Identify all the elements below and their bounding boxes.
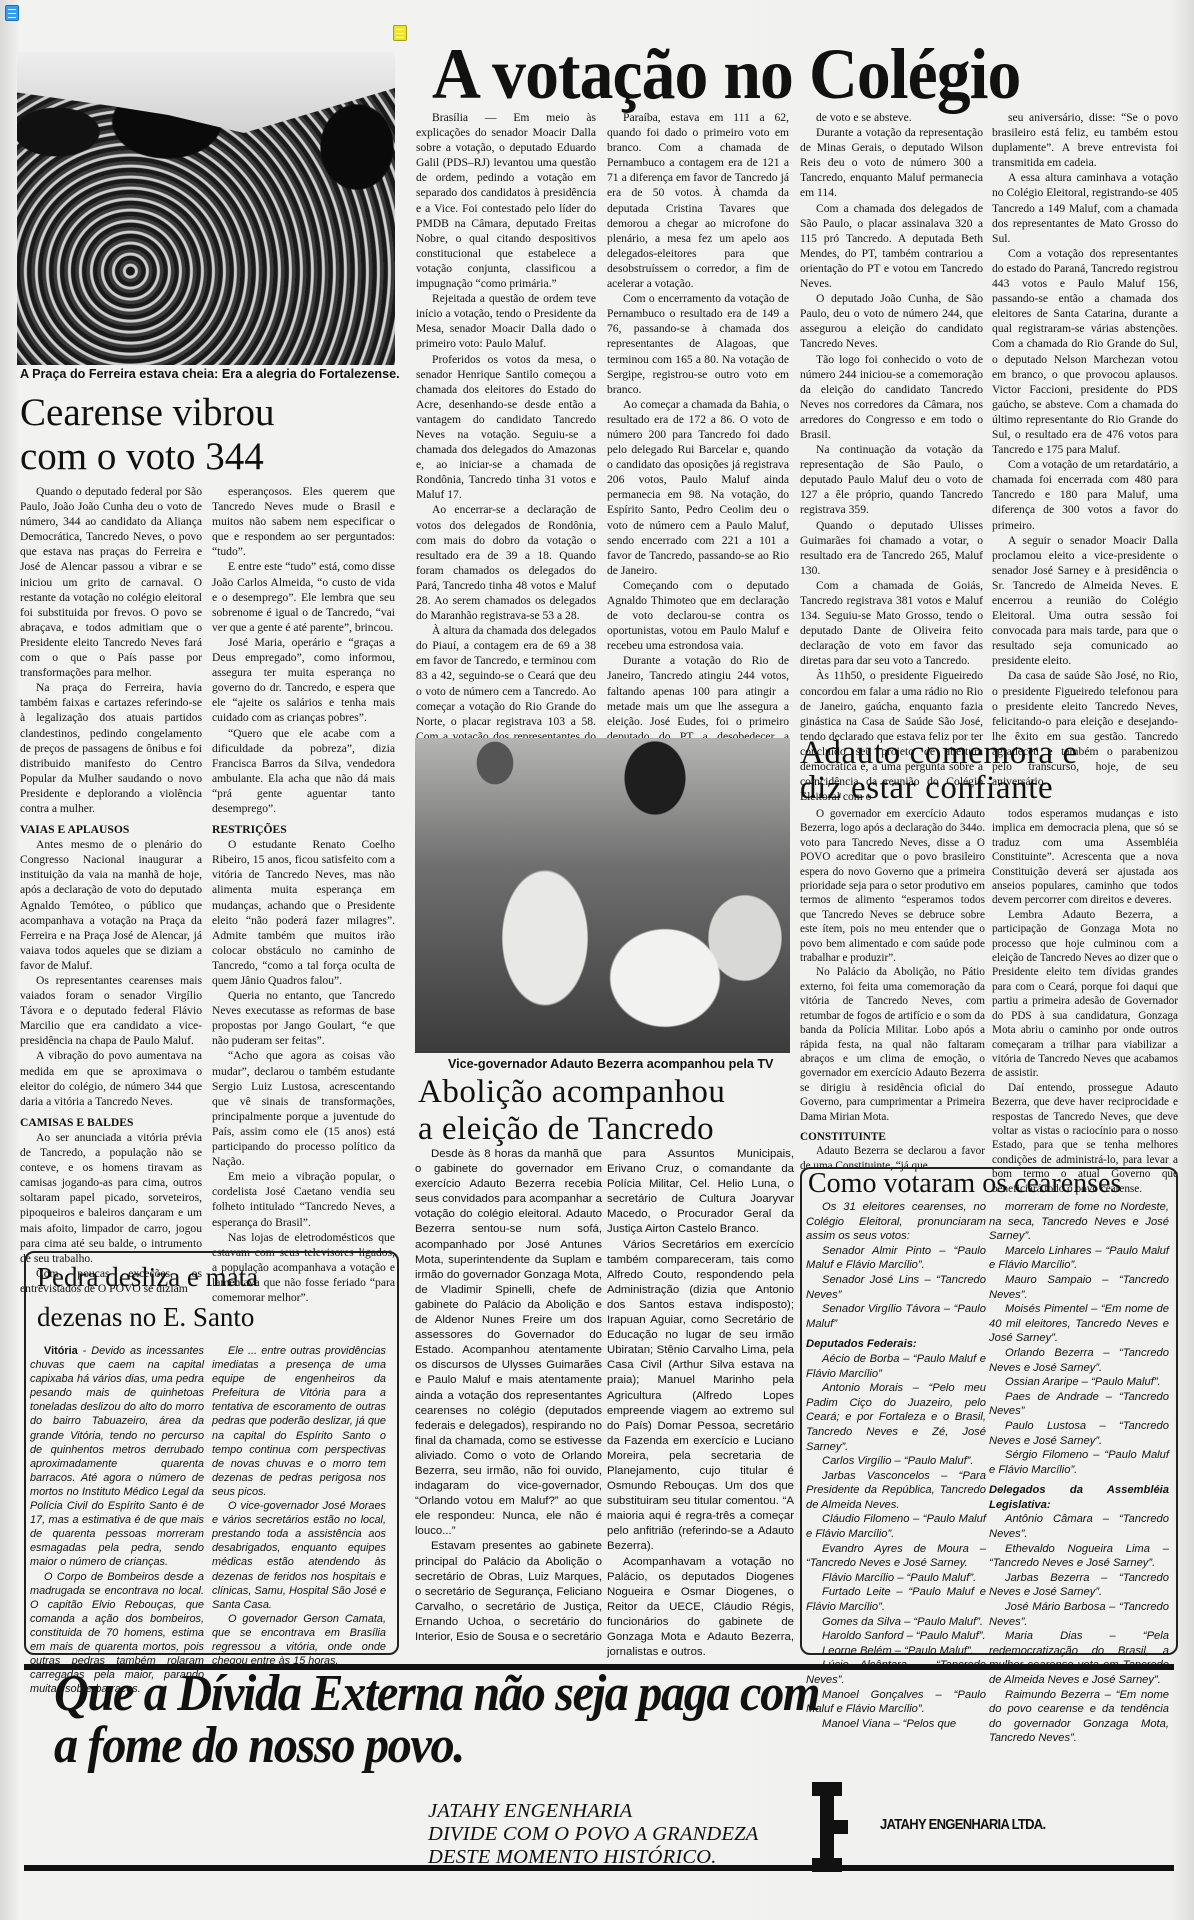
paragraph: Na continuação da votação da representaç…: [800, 442, 983, 517]
paragraph: Manoel Gonçalves – “Paulo Maluf e Flávio…: [806, 1688, 986, 1717]
paragraph: Ao encerrar-se a declaração de votos dos…: [416, 502, 596, 623]
subheading: Deputados Federais:: [806, 1337, 986, 1352]
paragraph: O governador Gerson Camata, que se encon…: [212, 1612, 386, 1668]
paragraph: Senador Virgílio Távora – “Paulo Maluf”: [806, 1302, 986, 1331]
ad-body: JATAHY ENGENHARIA DIVIDE COM O POVO A GR…: [428, 1800, 759, 1869]
paragraph: Vários Secretários em exercício também c…: [607, 1238, 794, 1555]
paragraph: Na praça do Ferreira, havia também faixa…: [20, 680, 202, 816]
paragraph: O vice-governador José Moraes e vários s…: [212, 1499, 386, 1612]
paragraph: A seguir o senador Moacir Dalla proclamo…: [992, 533, 1178, 669]
paragraph: Com a chamada dos delegados de São Paulo…: [800, 201, 983, 292]
paragraph: José Mário Barbosa – “Tancredo Neves”.: [989, 1600, 1169, 1629]
paragraph: Antes mesmo de o plenário do Congresso N…: [20, 837, 202, 973]
paragraph: Aécio de Borba – “Paulo Maluf e Flávio M…: [806, 1352, 986, 1381]
paragraph: Antônio Câmara – “Tancredo Neves”.: [989, 1512, 1169, 1541]
crowd-photo-caption: A Praça do Ferreira estava cheia: Era a …: [20, 367, 400, 381]
paragraph: José Maria, operário e “graças a Deus em…: [212, 635, 395, 726]
paragraph: de voto e se absteve.: [800, 110, 983, 125]
subheading: Delegados da Assembléia Legislativa:: [989, 1483, 1169, 1512]
main-story-col-2: Paraíba, estava em 111 a 62, quando foi …: [607, 110, 789, 804]
paragraph: Jarbas Bezerra – “Tancredo Neves e José …: [989, 1571, 1169, 1600]
paragraph: Quando o deputado federal por São Paulo,…: [20, 484, 202, 680]
paragraph: Lembra Adauto Bezerra, a participação de…: [992, 908, 1178, 1081]
paragraph: Leorne Belém – “Paulo Maluf”.: [806, 1644, 986, 1659]
cearense-col-1: Quando o deputado federal por São Paulo,…: [20, 484, 202, 1296]
crowd-photo: [17, 52, 395, 365]
paragraph: Moisés Pimentel – “Em nome de 40 mil ele…: [989, 1302, 1169, 1346]
newspaper-page: A Praça do Ferreira estava cheia: Era a …: [0, 0, 1194, 1920]
como-votaram-col-1: Os 31 eleitores cearenses, no Colégio El…: [806, 1200, 986, 1731]
paragraph: seu aniversário, disse: “Se o povo brasi…: [992, 110, 1178, 170]
abolicao-headline-line1: Abolição acompanhou: [418, 1076, 725, 1109]
paragraph: Os 31 eleitores cearenses, no Colégio El…: [806, 1200, 986, 1244]
paragraph: morreram de fome no Nordeste, na seca, T…: [989, 1200, 1169, 1244]
comment-note-icon[interactable]: [393, 25, 407, 41]
paragraph: Antonio Morais – “Pelo meu Padim Ciço do…: [806, 1381, 986, 1454]
adauto-headline-line2: diz estar confiante: [800, 772, 1053, 805]
paragraph: Proferidos os votos da mesa, o senador H…: [416, 352, 596, 503]
paragraph: Senador Almir Pinto – “Paulo Maluf e Flá…: [806, 1244, 986, 1273]
paragraph: Haroldo Sanford – “Paulo Maluf”.: [806, 1629, 986, 1644]
paragraph: Quando o deputado Ulisses Guimarães foi …: [800, 518, 983, 578]
paragraph: Ao ser anunciada a vitória prévia de Tan…: [20, 1130, 202, 1266]
paragraph: Furtado Leite – “Paulo Maluf e Flávio Ma…: [806, 1585, 986, 1614]
paragraph: Maria Dias – “Pela redemocratização do B…: [989, 1629, 1169, 1687]
paragraph: A vibração do povo aumentava na medida e…: [20, 1048, 202, 1108]
main-story-col-3: de voto e se absteve.Durante a votação d…: [800, 110, 983, 804]
paragraph: Desde às 8 horas da manhã que o gabinete…: [415, 1147, 602, 1539]
paragraph: O deputado João Cunha, de São Paulo, deu…: [800, 291, 983, 351]
pedra-headline-line1: Pedra desliza e mata: [37, 1264, 258, 1291]
paragraph: A essa altura caminhava a votação no Col…: [992, 170, 1178, 245]
jatahy-logo-icon: [812, 1782, 842, 1872]
paragraph: Orlando Bezerra – “Tancredo Neves e José…: [989, 1346, 1169, 1375]
paragraph: Evandro Ayres de Moura – “Tancredo Neves…: [806, 1542, 986, 1571]
paragraph: Com a votação de um retardatário, a cham…: [992, 457, 1178, 532]
paragraph: Lúcio Alcântara – “Tancredo Neves”.: [806, 1658, 986, 1687]
adauto-col-1: O governador em exercício Adauto Bezerra…: [800, 807, 985, 1173]
ad-slogan: Que a Dívida Externa não seja paga com a…: [54, 1668, 819, 1772]
paragraph: Senador José Lins – “Tancredo Neves”: [806, 1273, 986, 1302]
paragraph: Paulo Lustosa – “Tancredo Neves e José S…: [989, 1419, 1169, 1448]
paragraph: Manoel Viana – “Pelos que: [806, 1717, 986, 1732]
paragraph: Em meio a vibração popular, o cordelista…: [212, 1169, 395, 1229]
paragraph: Jarbas Vasconcelos – “Para Presidente da…: [806, 1469, 986, 1513]
jatahy-logo-text: JATAHY ENGENHARIA LTDA.: [880, 1817, 1045, 1833]
abolicao-col-2: para Assuntos Municipais, Erivano Cruz, …: [607, 1147, 794, 1660]
paragraph: Gomes da Silva – “Paulo Maluf”.: [806, 1615, 986, 1630]
paragraph: Raimundo Bezerra – “Em nome do povo cear…: [989, 1688, 1169, 1746]
subheading: RESTRIÇÕES: [212, 822, 395, 837]
paragraph: Com a votação dos representantes do esta…: [992, 246, 1178, 457]
paragraph: Com o encerramento da votação de Pernamb…: [607, 291, 789, 397]
subheading: CONSTITUINTE: [800, 1130, 985, 1144]
cearense-headline-line2: com o voto 344: [20, 437, 264, 476]
paragraph: Tão logo foi conhecido o voto de número …: [800, 352, 983, 443]
paragraph: Paraíba, estava em 111 a 62, quando foi …: [607, 110, 789, 291]
paragraph: Brasília — Em meio às explicações do sen…: [416, 110, 596, 291]
main-story-col-1: Brasília — Em meio às explicações do sen…: [416, 110, 596, 759]
tv-photo-caption: Vice-governador Adauto Bezerra acompanho…: [448, 1057, 773, 1071]
adauto-headline-line1: Adauto comemora e: [800, 737, 1078, 770]
paragraph: Marcelo Linhares – “Paulo Maluf e Flávio…: [989, 1244, 1169, 1273]
paragraph: esperançosos. Eles querem que Tancredo N…: [212, 484, 395, 559]
cearense-col-2: esperançosos. Eles querem que Tancredo N…: [212, 484, 395, 1305]
abolicao-col-1: Desde às 8 horas da manhã que o gabinete…: [415, 1147, 602, 1645]
paragraph: No Palácio da Abolição, no Pátio externo…: [800, 965, 985, 1123]
paragraph: O estudante Renato Coelho Ribeiro, 15 an…: [212, 837, 395, 988]
comment-note-icon[interactable]: [5, 5, 19, 21]
paragraph: “Acho que agora as coisas vão mudar”, de…: [212, 1048, 395, 1169]
paragraph: Acompanhavam a votação no Palácio, os de…: [607, 1555, 794, 1661]
paragraph: “Quero que ele acabe com a dificuldade d…: [212, 726, 395, 817]
paragraph: Rejeitada a questão de ordem teve início…: [416, 291, 596, 351]
paragraph: Ao começar a chamada da Bahia, o resulta…: [607, 397, 789, 578]
paragraph: Flávio Marcílio – “Paulo Maluf”.: [806, 1571, 986, 1586]
paragraph: Mauro Sampaio – “Tancredo Neves”.: [989, 1273, 1169, 1302]
paragraph: Paes de Andrade – “Tancredo Neves”: [989, 1390, 1169, 1419]
paragraph: Queria no entanto, que Tancredo Neves ex…: [212, 988, 395, 1048]
paragraph: Carlos Virgílio – “Paulo Maluf”.: [806, 1454, 986, 1469]
paragraph: Estavam presentes ao gabinete principal …: [415, 1539, 602, 1645]
ad-bottom-rule: [24, 1865, 1174, 1871]
paragraph: Cláudio Filomeno – “Paulo Maluf e Flávio…: [806, 1512, 986, 1541]
paragraph: Com a chamada de Goiás, Tancredo registr…: [800, 578, 983, 669]
subheading: CAMISAS E BALDES: [20, 1115, 202, 1130]
pedra-col-1: Vitória - Devido as incessantes chuvas q…: [30, 1344, 204, 1696]
pedra-dateline: Vitória: [44, 1345, 78, 1357]
pedra-col-2: Ele ... entre outras providências imedia…: [212, 1344, 386, 1668]
main-story-col-4: seu aniversário, disse: “Se o povo brasi…: [992, 110, 1178, 789]
paragraph: Ethevaldo Nogueira Lima – “Tancredo Neve…: [989, 1542, 1169, 1571]
paragraph: Os representantes cearenses mais vaiados…: [20, 973, 202, 1048]
main-headline: A votação no Colégio: [432, 34, 1020, 114]
como-votaram-headline: Como votaram os cearenses: [808, 1170, 1121, 1198]
paragraph: todos esperamos mudanças e isto implica …: [992, 807, 1178, 908]
paragraph: Começando com o deputado Agnaldo Thimote…: [607, 578, 789, 653]
cearense-headline-line1: Cearense vibrou: [20, 393, 275, 432]
paragraph: Ele ... entre outras providências imedia…: [212, 1344, 386, 1499]
paragraph: E entre este “tudo” está, como disse Joã…: [212, 559, 395, 634]
paragraph: para Assuntos Municipais, Erivano Cruz, …: [607, 1147, 794, 1238]
pedra-headline-line2: dezenas no E. Santo: [37, 1304, 254, 1331]
abolicao-headline-line2: a eleição de Tancredo: [418, 1113, 714, 1146]
subheading: VAIAS E APLAUSOS: [20, 822, 202, 837]
paragraph: Durante a votação da representação de Mi…: [800, 125, 983, 200]
tv-viewing-photo: [415, 738, 790, 1053]
paragraph: Ossian Araripe – “Paulo Maluf”.: [989, 1375, 1169, 1390]
adauto-col-2: todos esperamos mudanças e isto implica …: [992, 807, 1178, 1196]
paragraph: O governador em exercício Adauto Bezerra…: [800, 807, 985, 965]
paragraph: Sérgio Filomeno – “Paulo Maluf e Flávio …: [989, 1448, 1169, 1477]
